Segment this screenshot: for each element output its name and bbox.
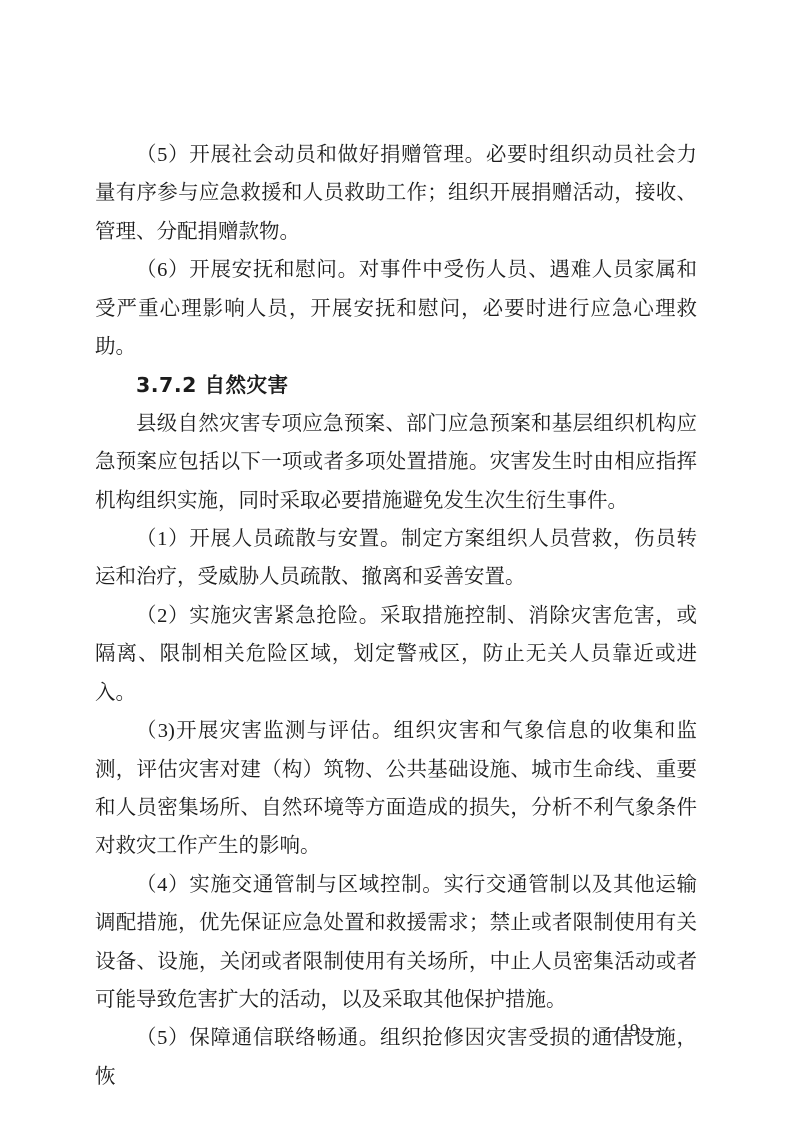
document-page: （5）开展社会动员和做好捐赠管理。必要时组织动员社会力量有序参与应急救援和人员救… — [0, 0, 793, 1122]
paragraph-social-mobilization: （5）开展社会动员和做好捐赠管理。必要时组织动员社会力量有序参与应急救援和人员救… — [95, 136, 697, 251]
section-heading-3-7-2-natural-disaster: 3.7.2 自然灾害 — [95, 366, 697, 404]
paragraph-traffic-control: （4）实施交通管制与区域控制。实行交通管制以及其他运输调配措施，优先保证应急处置… — [95, 866, 697, 1020]
paragraph-monitoring-assessment: （3)开展灾害监测与评估。组织灾害和气象信息的收集和监测，评估灾害对建（构）筑物… — [95, 712, 697, 866]
page-footer: — 19 — — [545, 1018, 715, 1042]
paragraph-plan-intro: 县级自然灾害专项应急预案、部门应急预案和基层组织机构应急预案应包括以下一项或者多… — [95, 405, 697, 520]
paragraph-evacuation-resettlement: （1）开展人员疏散与安置。制定方案组织人员营救，伤员转运和治疗，受威胁人员疏散、… — [95, 520, 697, 597]
paragraph-emergency-rescue: （2）实施灾害紧急抢险。采取措施控制、消除灾害危害，或隔离、限制相关危险区域，划… — [95, 597, 697, 712]
paragraph-comfort-condolence: （6）开展安抚和慰问。对事件中受伤人员、遇难人员家属和受严重心理影响人员，开展安… — [95, 251, 697, 366]
document-body: （5）开展社会动员和做好捐赠管理。必要时组织动员社会力量有序参与应急救援和人员救… — [95, 136, 697, 1096]
page-number: — 19 — — [599, 1020, 660, 1040]
